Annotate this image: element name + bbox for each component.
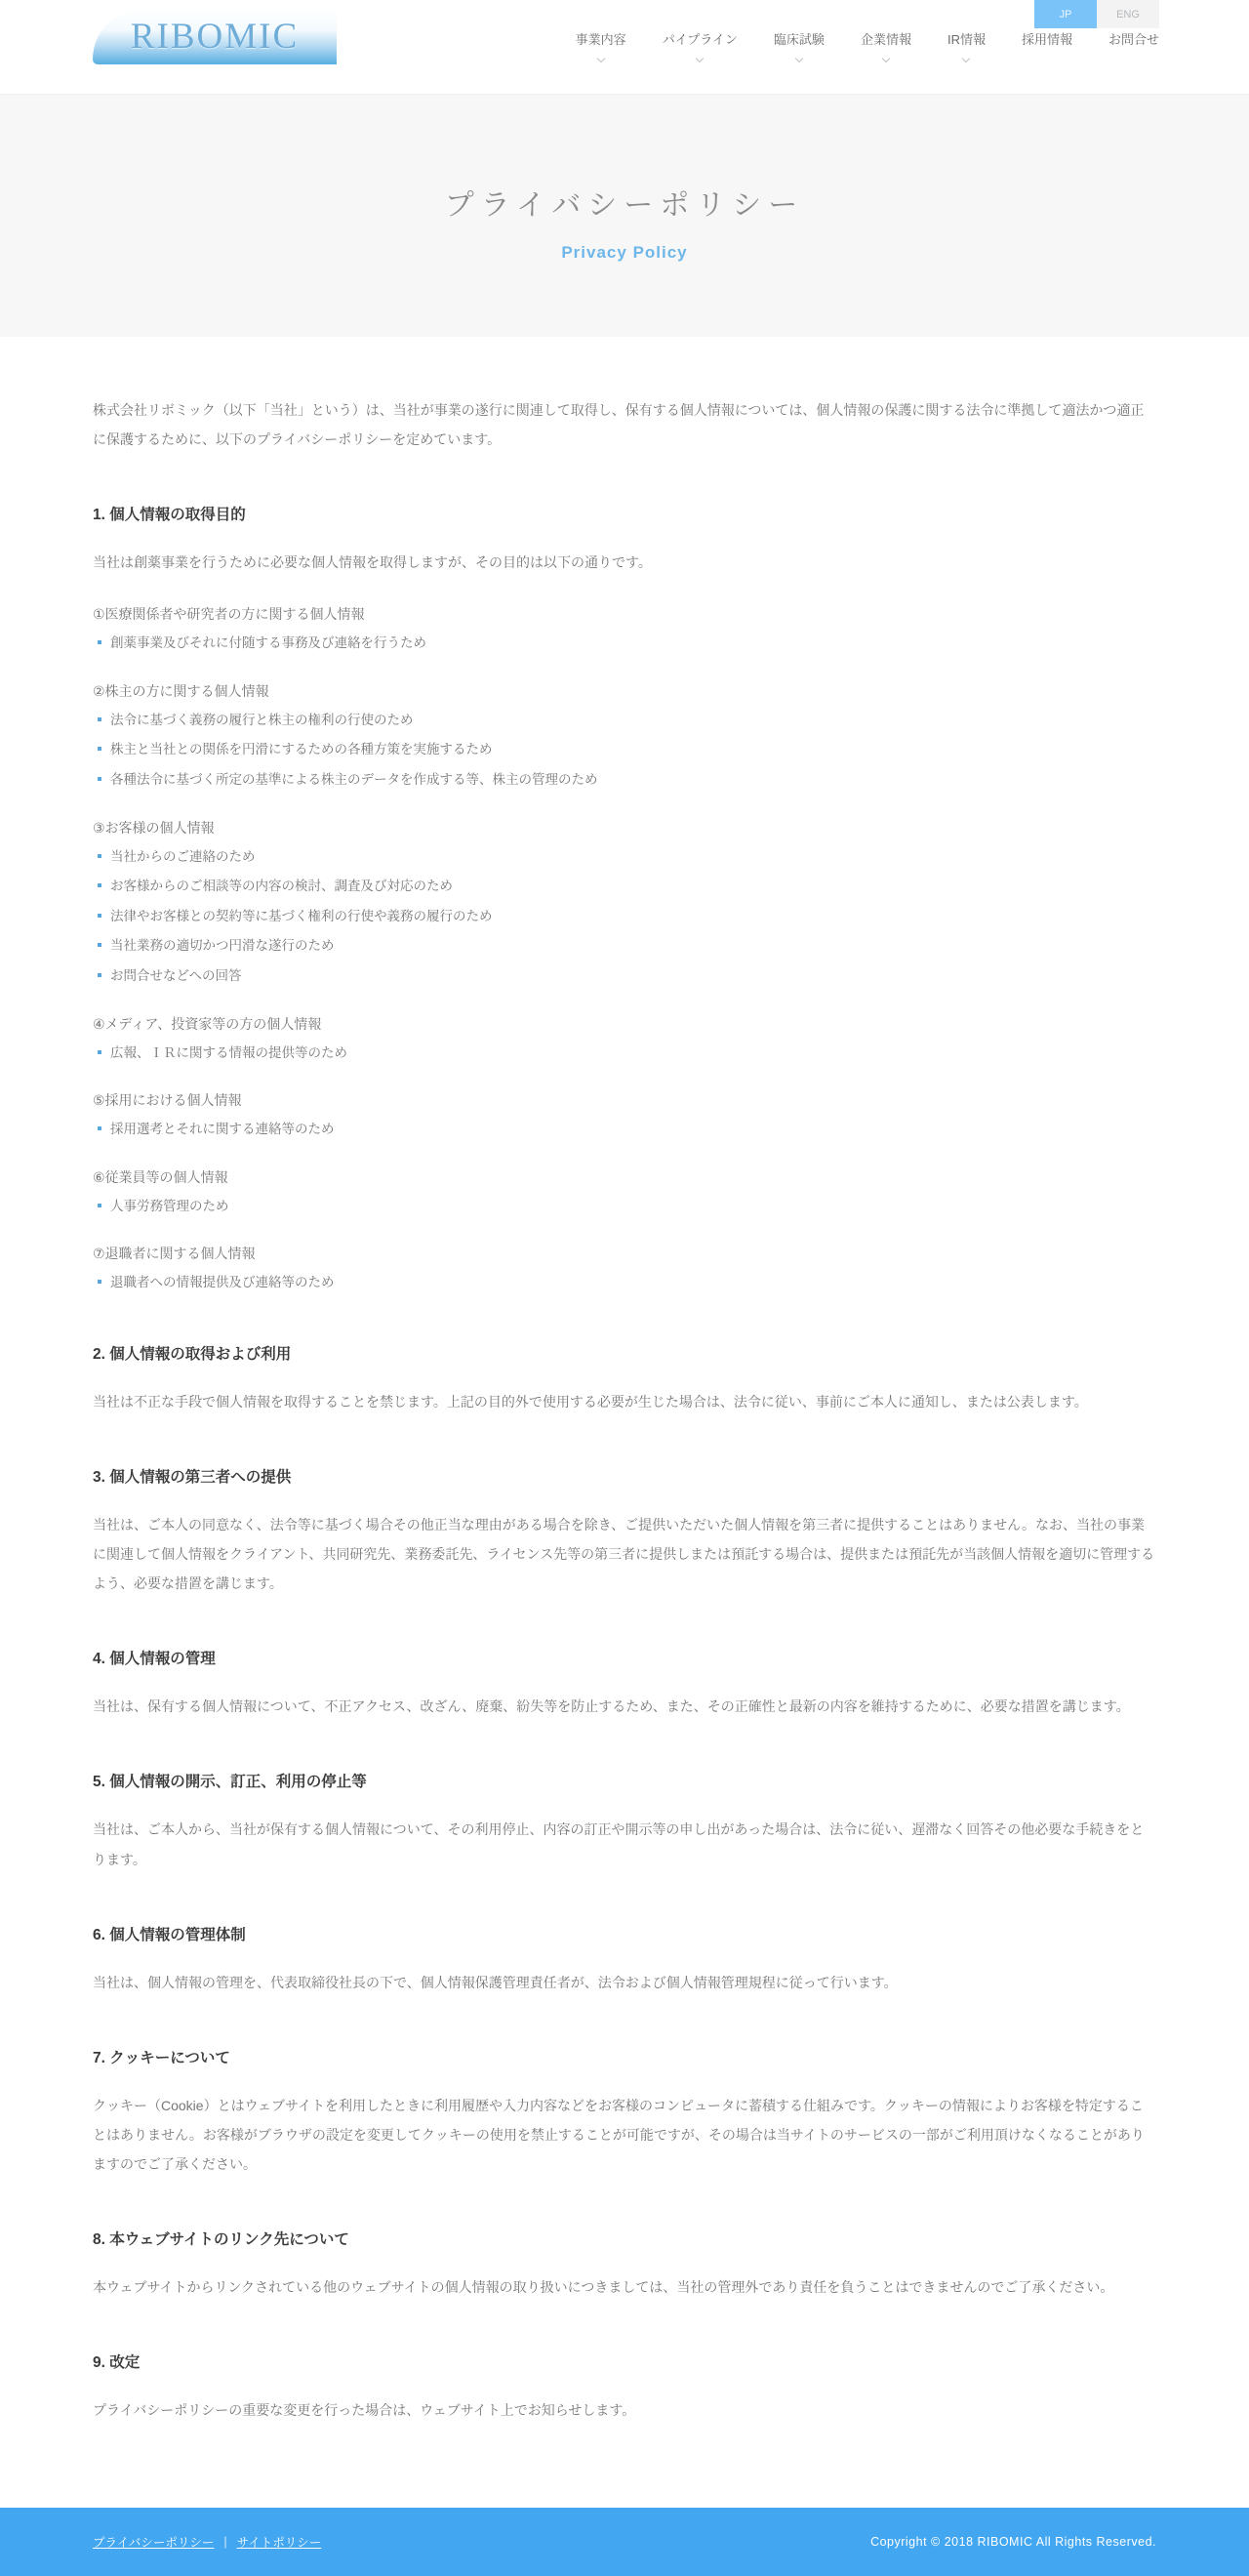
section-heading: 8. 本ウェブサイトのリンク先について <box>93 2228 1156 2249</box>
nav-label: IR情報 <box>947 29 986 48</box>
section-heading: 1. 個人情報の取得目的 <box>93 503 1156 524</box>
chevron-down-icon <box>882 55 890 62</box>
nav-item-recruit[interactable]: 採用情報 <box>1022 29 1072 61</box>
policy-section-2: 2. 個人情報の取得および利用 当社は不正な手段で個人情報を取得することを禁じま… <box>93 1342 1156 1416</box>
list-item: 当社からのご連絡のため <box>98 846 1156 868</box>
language-switch: JP ENG <box>1034 0 1159 28</box>
nav-label: 臨床試験 <box>774 29 825 48</box>
site-footer: プライバシーポリシー | サイトポリシー Copyright © 2018 RI… <box>0 2508 1249 2576</box>
policy-section-6: 6. 個人情報の管理体制 当社は、個人情報の管理を、代表取締役社長の下で、個人情… <box>93 1923 1156 1997</box>
section-body: クッキー（Cookie）とはウェブサイトを利用したときに利用履歴や入力内容などを… <box>93 2091 1156 2179</box>
group-title: ②株主の方に関する個人情報 <box>93 681 1156 701</box>
policy-content: 株式会社リボミック（以下「当社」という）は、当社が事業の遂行に関連して取得し、保… <box>0 337 1249 2508</box>
policy-section-9: 9. 改定 プライバシーポリシーの重要な変更を行った場合は、ウェブサイト上でお知… <box>93 2351 1156 2425</box>
purpose-group-2: ②株主の方に関する個人情報 法令に基づく義務の履行と株主の権利の行使のため 株主… <box>93 681 1156 791</box>
policy-section-8: 8. 本ウェブサイトのリンク先について 本ウェブサイトからリンクされている他のウ… <box>93 2228 1156 2302</box>
section-heading: 2. 個人情報の取得および利用 <box>93 1342 1156 1364</box>
purpose-group-3: ③お客様の個人情報 当社からのご連絡のため お客様からのご相談等の内容の検討、調… <box>93 818 1156 987</box>
bullet-list: 当社からのご連絡のため お客様からのご相談等の内容の検討、調査及び対応のため 法… <box>98 846 1156 987</box>
list-item: 採用選考とそれに関する連絡等のため <box>98 1119 1156 1140</box>
list-item: 退職者への情報提供及び連絡等のため <box>98 1272 1156 1293</box>
section-body: 当社は不正な手段で個人情報を取得することを禁じます。上記の目的外で使用する必要が… <box>93 1387 1156 1416</box>
section-heading: 5. 個人情報の開示、訂正、利用の停止等 <box>93 1770 1156 1791</box>
site-header: RIBOMIC JP ENG 事業内容 パイプライン 臨床試験 企業情報 IR情… <box>0 0 1249 95</box>
list-item: 法令に基づく義務の履行と株主の権利の行使のため <box>98 710 1156 731</box>
copyright-text: Copyright © 2018 RIBOMIC All Rights Rese… <box>870 2535 1156 2549</box>
bullet-list: 法令に基づく義務の履行と株主の権利の行使のため 株主と当社との関係を円滑にするた… <box>98 710 1156 791</box>
ribomic-logo-text: RIBOMIC <box>131 16 299 58</box>
section-body: 当社は、ご本人から、当社が保有する個人情報について、その利用停止、内容の訂正や開… <box>93 1815 1156 1873</box>
list-item: 創薬事業及びそれに付随する事務及び連絡を行うため <box>98 633 1156 654</box>
chevron-down-icon <box>962 55 970 62</box>
bullet-list: 広報、ＩＲに関する情報の提供等のため <box>98 1043 1156 1064</box>
policy-section-7: 7. クッキーについて クッキー（Cookie）とはウェブサイトを利用したときに… <box>93 2046 1156 2179</box>
list-item: 各種法令に基づく所定の基準による株主のデータを作成する等、株主の管理のため <box>98 769 1156 791</box>
group-title: ④メディア、投資家等の方の個人情報 <box>93 1014 1156 1034</box>
nav-label: 採用情報 <box>1022 29 1072 48</box>
purpose-group-6: ⑥従業員等の個人情報 人事労務管理のため <box>93 1167 1156 1217</box>
nav-item-company[interactable]: 企業情報 <box>861 29 911 61</box>
purpose-group-7: ⑦退職者に関する個人情報 退職者への情報提供及び連絡等のため <box>93 1244 1156 1293</box>
group-title: ⑦退職者に関する個人情報 <box>93 1244 1156 1263</box>
section-body: プライバシーポリシーの重要な変更を行った場合は、ウェブサイト上でお知らせします。 <box>93 2395 1156 2425</box>
group-title: ⑤採用における個人情報 <box>93 1090 1156 1110</box>
section-heading: 6. 個人情報の管理体制 <box>93 1923 1156 1944</box>
bullet-list: 創薬事業及びそれに付随する事務及び連絡を行うため <box>98 633 1156 654</box>
footer-separator: | <box>223 2535 226 2549</box>
section-body: 当社は、個人情報の管理を、代表取締役社長の下で、個人情報保護管理責任者が、法令お… <box>93 1968 1156 1997</box>
footer-link-privacy[interactable]: プライバシーポリシー <box>93 2533 214 2551</box>
section-heading: 9. 改定 <box>93 2351 1156 2372</box>
group-title: ⑥従業員等の個人情報 <box>93 1167 1156 1187</box>
intro-paragraph: 株式会社リボミック（以下「当社」という）は、当社が事業の遂行に関連して取得し、保… <box>93 395 1156 454</box>
nav-label: 事業内容 <box>576 29 626 48</box>
bullet-list: 採用選考とそれに関する連絡等のため <box>98 1119 1156 1140</box>
page-subtitle: Privacy Policy <box>0 243 1249 263</box>
bullet-list: 人事労務管理のため <box>98 1196 1156 1217</box>
footer-links: プライバシーポリシー | サイトポリシー <box>93 2533 321 2551</box>
nav-label: 企業情報 <box>861 29 911 48</box>
list-item: 当社業務の適切かつ円滑な遂行のため <box>98 935 1156 957</box>
section-body: 当社は、保有する個人情報について、不正アクセス、改ざん、廃棄、紛失等を防止するた… <box>93 1692 1156 1721</box>
policy-section-3: 3. 個人情報の第三者への提供 当社は、ご本人の同意なく、法令等に基づく場合その… <box>93 1465 1156 1598</box>
policy-section-1: 1. 個人情報の取得目的 当社は創薬事業を行うために必要な個人情報を取得しますが… <box>93 503 1156 1293</box>
main-nav: 事業内容 パイプライン 臨床試験 企業情報 IR情報 採用情報 お問合せ <box>576 29 1159 61</box>
nav-item-clinical[interactable]: 臨床試験 <box>774 29 825 61</box>
nav-label: お問合せ <box>1108 29 1159 48</box>
nav-label: パイプライン <box>663 29 738 48</box>
bullet-list: 退職者への情報提供及び連絡等のため <box>98 1272 1156 1293</box>
page-title: プライバシーポリシー <box>0 181 1249 224</box>
chevron-down-icon <box>596 55 604 62</box>
lang-eng-button[interactable]: ENG <box>1097 0 1159 28</box>
nav-item-business[interactable]: 事業内容 <box>576 29 626 61</box>
group-title: ③お客様の個人情報 <box>93 818 1156 838</box>
footer-link-sitepolicy[interactable]: サイトポリシー <box>237 2533 322 2551</box>
list-item: 人事労務管理のため <box>98 1196 1156 1217</box>
list-item: お客様からのご相談等の内容の検討、調査及び対応のため <box>98 876 1156 897</box>
section-heading: 3. 個人情報の第三者への提供 <box>93 1465 1156 1487</box>
policy-section-5: 5. 個人情報の開示、訂正、利用の停止等 当社は、ご本人から、当社が保有する個人… <box>93 1770 1156 1873</box>
ribomic-logo[interactable]: RIBOMIC <box>93 9 337 64</box>
chevron-down-icon <box>696 55 704 62</box>
nav-item-ir[interactable]: IR情報 <box>947 29 986 61</box>
nav-item-pipeline[interactable]: パイプライン <box>663 29 738 61</box>
group-title: ①医療関係者や研究者の方に関する個人情報 <box>93 604 1156 624</box>
policy-section-4: 4. 個人情報の管理 当社は、保有する個人情報について、不正アクセス、改ざん、廃… <box>93 1647 1156 1721</box>
section-heading: 7. クッキーについて <box>93 2046 1156 2067</box>
section-body: 当社は創薬事業を行うために必要な個人情報を取得しますが、その目的は以下の通りです… <box>93 548 1156 577</box>
list-item: お問合せなどへの回答 <box>98 965 1156 987</box>
purpose-group-1: ①医療関係者や研究者の方に関する個人情報 創薬事業及びそれに付随する事務及び連絡… <box>93 604 1156 654</box>
section-heading: 4. 個人情報の管理 <box>93 1647 1156 1668</box>
list-item: 法律やお客様との契約等に基づく権利の行使や義務の履行のため <box>98 906 1156 927</box>
purpose-group-4: ④メディア、投資家等の方の個人情報 広報、ＩＲに関する情報の提供等のため <box>93 1014 1156 1064</box>
nav-item-contact[interactable]: お問合せ <box>1108 29 1159 61</box>
hero-banner: プライバシーポリシー Privacy Policy <box>0 95 1249 337</box>
lang-jp-button[interactable]: JP <box>1034 0 1097 28</box>
purpose-group-5: ⑤採用における個人情報 採用選考とそれに関する連絡等のため <box>93 1090 1156 1140</box>
chevron-down-icon <box>795 55 803 62</box>
section-body: 本ウェブサイトからリンクされている他のウェブサイトの個人情報の取り扱いにつきまし… <box>93 2272 1156 2302</box>
list-item: 広報、ＩＲに関する情報の提供等のため <box>98 1043 1156 1064</box>
section-body: 当社は、ご本人の同意なく、法令等に基づく場合その他正当な理由がある場合を除き、ご… <box>93 1510 1156 1598</box>
list-item: 株主と当社との関係を円滑にするための各種方策を実施するため <box>98 739 1156 760</box>
